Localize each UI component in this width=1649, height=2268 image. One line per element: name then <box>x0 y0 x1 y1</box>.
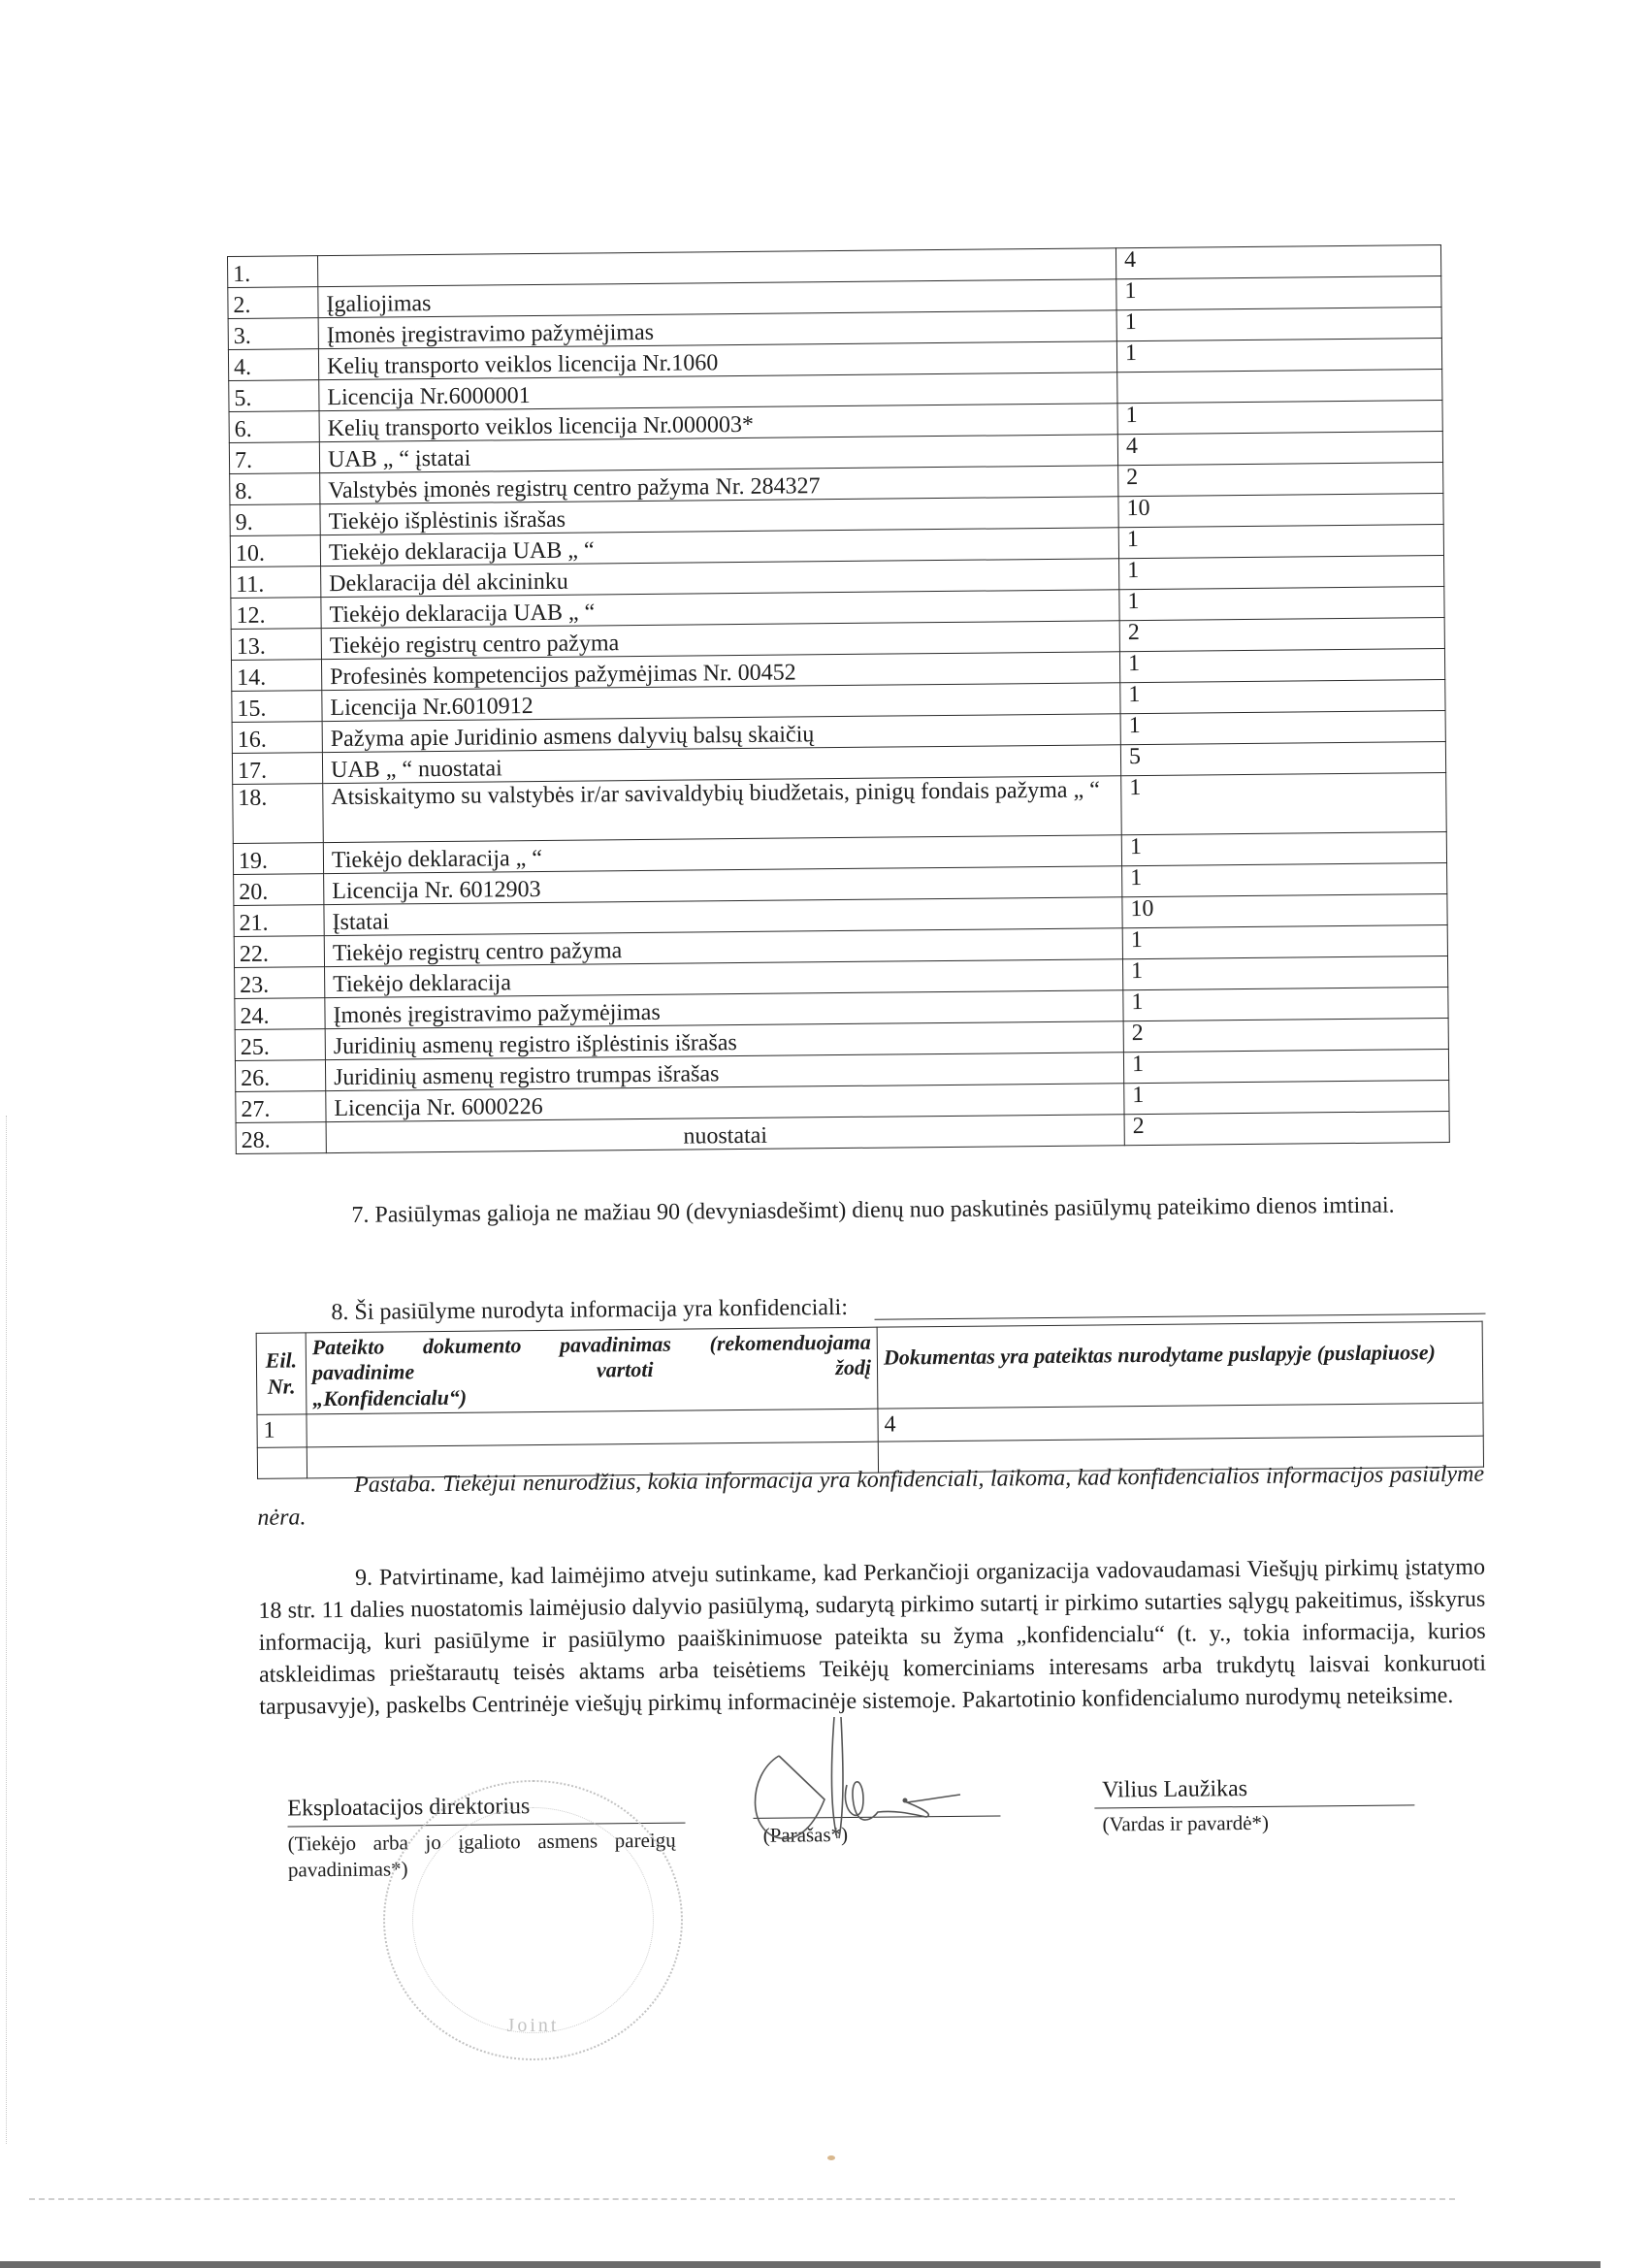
confidential-info-table: Eil. Nr. Pateikto dokumento pavadinimas … <box>256 1321 1484 1479</box>
page-count: 1 <box>1119 556 1444 590</box>
page-count: 1 <box>1121 832 1446 866</box>
row-number: 15. <box>232 691 322 723</box>
page-count: 1 <box>1122 863 1447 897</box>
name-caption: (Vardas ir pavardė*) <box>1102 1810 1269 1838</box>
confidential-note: Pastaba. Tiekėjui nenurodžius, kokia inf… <box>257 1459 1485 1535</box>
scan-smudge <box>827 2155 835 2160</box>
row-number: 28. <box>236 1122 326 1154</box>
document-name <box>307 1409 878 1446</box>
page-count: 4 <box>1115 245 1440 279</box>
section-7-validity: 7. Pasiūlymas galioja ne mažiau 90 (devy… <box>254 1189 1481 1233</box>
header-document-name: Pateikto dokumento pavadinimas (rekomend… <box>306 1327 878 1414</box>
row-number: 9. <box>230 504 320 536</box>
header-pages: Dokumentas yra pateiktas nurodytame pusl… <box>877 1321 1483 1409</box>
page-count: 1 <box>1119 649 1444 683</box>
documents-table-body: 1.42.Įgaliojimas13.Įmonės įregistravimo … <box>227 245 1449 1154</box>
page-count: 2 <box>1124 1112 1449 1146</box>
row-number: 19. <box>233 843 323 875</box>
page-count: 10 <box>1118 494 1443 528</box>
page-count: 1 <box>1120 680 1445 714</box>
document-name: Atsiskaitymo su valstybės ir/ar savivald… <box>323 776 1122 843</box>
page-count: 1 <box>1121 773 1447 835</box>
row-number: 10. <box>230 535 320 567</box>
confidential-table-header: Eil. Nr. Pateikto dokumento pavadinimas … <box>256 1321 1483 1414</box>
row-number: 1 <box>257 1414 307 1447</box>
page-count: 1 <box>1120 711 1445 745</box>
page-count: 1 <box>1122 956 1447 990</box>
row-number: 21. <box>234 905 324 937</box>
row-number: 27. <box>236 1091 326 1123</box>
row-number: 24. <box>235 998 325 1030</box>
page-count: 1 <box>1123 1050 1448 1084</box>
document-content: 1.42.Įgaliojimas13.Įmonės įregistravimo … <box>0 0 1637 8</box>
stamp-inner-ring <box>412 1807 654 2033</box>
row-number: 7. <box>229 442 319 474</box>
row-number: 22. <box>234 936 324 968</box>
row-number: 13. <box>231 629 321 661</box>
page-count: 2 <box>1123 1019 1448 1053</box>
row-number: 6. <box>229 411 319 443</box>
row-number: 2. <box>228 287 318 319</box>
page-count: 2 <box>1119 618 1444 652</box>
page-count: 1 <box>1116 339 1441 373</box>
header-eil-nr: Eil. Nr. <box>256 1333 307 1415</box>
row-number: 16. <box>232 722 322 754</box>
page-count: 2 <box>1118 463 1443 497</box>
row-number: 23. <box>235 967 325 999</box>
row-number: 5. <box>229 380 319 412</box>
section-9-consent: 9. Patvirtiname, kad laimėjimo atveju su… <box>258 1552 1487 1724</box>
page-count: 1 <box>1116 276 1441 310</box>
submitted-documents-table: 1.42.Įgaliojimas13.Įmonės įregistravimo … <box>227 244 1450 1154</box>
header-document-name-main: Pateikto dokumento pavadinimas (rekomend… <box>312 1330 871 1385</box>
row-number: 11. <box>231 567 321 599</box>
page-count: 10 <box>1122 894 1447 928</box>
page-count: 1 <box>1122 925 1447 959</box>
page-count: 5 <box>1120 742 1445 776</box>
scan-artifact-line <box>29 2198 1455 2200</box>
row-number: 12. <box>231 598 321 630</box>
page-count: 1 <box>1124 1081 1449 1115</box>
scanner-bottom-edge <box>0 2261 1600 2268</box>
row-number: 8. <box>230 473 320 505</box>
stamp-text: Joint <box>385 2015 681 2037</box>
page-count: 1 <box>1117 401 1442 435</box>
row-number: 25. <box>235 1029 325 1061</box>
scanned-page: 1.42.Įgaliojimas13.Įmonės įregistravimo … <box>0 0 1649 2268</box>
row-number: 1. <box>227 256 317 288</box>
page-count <box>1117 370 1442 404</box>
page-count: 1 <box>1119 587 1444 621</box>
row-number: 3. <box>228 318 318 350</box>
page-count: 1 <box>1116 308 1441 341</box>
row-number: 20. <box>234 874 324 906</box>
section-8-title: 8. Ši pasiūlyme nurodyta informacija yra… <box>331 1288 1204 1329</box>
page-count: 1 <box>1123 988 1448 1021</box>
name-line <box>1094 1804 1414 1808</box>
row-number: 14. <box>231 660 321 692</box>
page-count: 4 <box>1117 432 1442 466</box>
scan-edge <box>6 1116 7 2144</box>
company-stamp: Joint <box>383 1780 683 2060</box>
row-number: 4. <box>228 349 318 381</box>
row-number: 26. <box>235 1060 325 1092</box>
row-number: 17. <box>232 753 322 785</box>
row-number: 18. <box>233 784 324 844</box>
handwritten-signature <box>742 1717 965 1848</box>
header-document-name-tail: „Konfidencialu“) <box>312 1381 871 1412</box>
page-count: 1 <box>1118 525 1443 559</box>
signer-name: Vilius Laužikas <box>1102 1775 1247 1803</box>
